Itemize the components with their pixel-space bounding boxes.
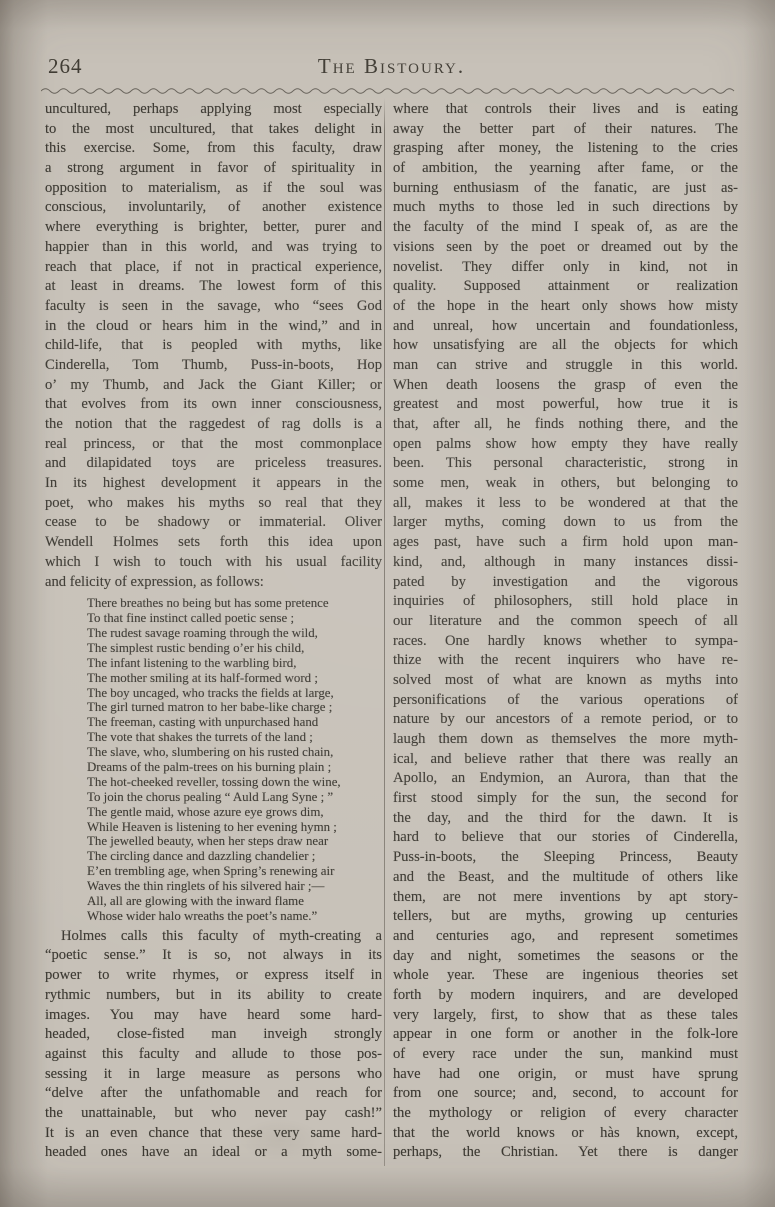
text-line: that, after all, he finds nothing there,… [393,415,738,435]
poem-line: To that fine instinct called poetic sens… [87,611,382,626]
text-line: this exercise. Some, from this faculty, … [45,139,382,159]
poem-line: Dreams of the palm-trees on his burning … [87,760,382,775]
text-line: the faculty of the mind I speak of, as a… [393,218,738,238]
poem-line: The jewelled beauty, when her steps draw… [87,834,382,849]
text-line: at least in dreams. The lowest form of t… [45,277,382,297]
text-line: uncultured, perhaps applying most especi… [45,100,382,120]
text-line: and dilapidated toys are priceless treas… [45,454,382,474]
text-line: to the most uncultured, that takes delig… [45,120,382,140]
text-line: opposition to materialism, as if the sou… [45,179,382,199]
text-line: Wendell Holmes sets forth this idea upon [45,533,382,553]
text-line: against this faculty and allude to those… [45,1045,382,1065]
text-line: rythmic numbers, but in its ability to c… [45,986,382,1006]
text-line: tellers, but are myths, growing up centu… [393,907,738,927]
text-line: headed ones have an ideal or a myth some… [45,1143,382,1163]
holmes-poem-quote: There breathes no being but has some pre… [87,596,382,924]
text-line: pated by investigation and the vigorous [393,573,738,593]
poem-line: The girl turned matron to her babe-like … [87,700,382,715]
text-line: happier than in this world, and was tryi… [45,238,382,258]
text-line: reach that place, if not in practical ex… [45,258,382,278]
poem-line: To join the chorus pealing “ Auld Lang S… [87,790,382,805]
text-line: “delve after the unfathomable and reach … [45,1084,382,1104]
text-line: some men, weak in others, but belonging … [393,474,738,494]
text-line: kind, and, although in many instances di… [393,553,738,573]
page-title: The Bistoury. [43,54,740,79]
text-line: very largely, first, to show that as the… [393,1006,738,1026]
page-header: 264 The Bistoury. [43,50,740,86]
poem-line: The infant listening to the warbling bir… [87,656,382,671]
text-line: power to write rhymes, or express itself… [45,966,382,986]
poem-line: The circling dance and dazzling chandeli… [87,849,382,864]
text-line: Apollo, an Endymion, an Aurora, than tha… [393,769,738,789]
text-line: and centuries ago, and represent sometim… [393,927,738,947]
text-line: inquiries of philosophers, still hold pl… [393,592,738,612]
text-line: all, makes it less to be wondered at tha… [393,494,738,514]
text-line: conscious, involuntarily, of another exi… [45,198,382,218]
text-line: from one source; and, second, to account… [393,1084,738,1104]
poem-line: All, all are glowing with the inward fla… [87,894,382,909]
text-line: our literature and the common speech of … [393,612,738,632]
text-line: of the hope in the heart only shows how … [393,297,738,317]
text-line: images. You may have heard some hard- [45,1006,382,1026]
right-column: where that controls their lives and is e… [393,100,738,1163]
text-line: When death loosens the grasp of even the [393,376,738,396]
text-line: personifications of the various operatio… [393,691,738,711]
text-line: burning enthusiasm of the fanatic, are j… [393,179,738,199]
poem-line: The mother smiling at its half-formed wo… [87,671,382,686]
text-line: grasping after money, the listening to t… [393,139,738,159]
text-line: the mythology or religion of every chara… [393,1104,738,1124]
poem-line: The gentle maid, whose azure eye grows d… [87,805,382,820]
text-line: of ambition, the yearning after fame, or… [393,159,738,179]
left-paragraph-2: Holmes calls this faculty of myth-creati… [45,927,382,1163]
text-line: It is an even chance that these very sam… [45,1124,382,1144]
text-line: poet, who makes his myths so real that t… [45,494,382,514]
text-line: laugh them down as themselves the more m… [393,730,738,750]
text-line: which I wish to touch with his usual fac… [45,553,382,573]
text-line: man can strive and struggle in this worl… [393,356,738,376]
text-line: forth by modern inquirers, and are devel… [393,986,738,1006]
text-line: away the better part of their natures. T… [393,120,738,140]
wavy-divider [41,85,740,97]
text-line: ical, and believe rather that there was … [393,750,738,770]
poem-line: While Heaven is listening to her evening… [87,820,382,835]
text-line: first stood simply for the sun, the seco… [393,789,738,809]
text-line: headed, close-fisted man inveigh strongl… [45,1025,382,1045]
text-line: them, are not mere inventions by apt sto… [393,888,738,908]
text-line: visions seen by the poet or dreamed out … [393,238,738,258]
text-line: that evolves from its own inner consciou… [45,395,382,415]
text-line: nature by our ancestors of a remote peri… [393,710,738,730]
text-line: child-life, that is peopled with myths, … [45,336,382,356]
text-line: Cinderella, Tom Thumb, Puss-in-boots, Ho… [45,356,382,376]
text-line: been. This personal characteristic, stro… [393,454,738,474]
text-line: the notion that the raggedest of rag dol… [45,415,382,435]
text-line: Holmes calls this faculty of myth-creati… [45,927,382,947]
text-line: and felicity of expression, as follows: [45,573,382,593]
text-line: quality. Supposed attainment or realizat… [393,277,738,297]
text-line: in the cloud or hears him in the wind,” … [45,317,382,337]
text-line: of every race under the sun, mankind mus… [393,1045,738,1065]
poem-line: The boy uncaged, who tracks the fields a… [87,686,382,701]
text-line: the unattainable, but who never pay cash… [45,1104,382,1124]
text-line: and unreal, how uncertain and foundation… [393,317,738,337]
text-line: cease to be shadowy or immaterial. Olive… [45,513,382,533]
left-paragraph-1: uncultured, perhaps applying most especi… [45,100,382,592]
text-line: In its highest development it appears in… [45,474,382,494]
poem-line: There breathes no being but has some pre… [87,596,382,611]
text-line: larger myths, coming down to us from the [393,513,738,533]
text-line: have had one origin, or must have sprung [393,1065,738,1085]
poem-line: The rudest savage roaming through the wi… [87,626,382,641]
text-line: perhaps, the Christian. Yet there is dan… [393,1143,738,1163]
text-line: hard to believe that our stories of Cind… [393,828,738,848]
text-line: sessing it in large measure as persons w… [45,1065,382,1085]
text-line: real princess, or that the most commonpl… [45,435,382,455]
poem-line: The slave, who, slumbering on his rusted… [87,745,382,760]
text-line: whole year. These are ingenious theories… [393,966,738,986]
text-line: a strong argument in favor of spirituali… [45,159,382,179]
right-paragraph: where that controls their lives and is e… [393,100,738,1163]
text-line: open palms show how empty they have real… [393,435,738,455]
text-line: day and night, sometimes the seasons or … [393,947,738,967]
text-line: ages past, have such a firm hold upon ma… [393,533,738,553]
text-line: o’ my Thumb, and Jack the Giant Killer; … [45,376,382,396]
text-line: solved most of what are known as myths i… [393,671,738,691]
poem-line: The hot-cheeked reveller, tossing down t… [87,775,382,790]
poem-line: E’en trembling age, when Spring’s renewi… [87,864,382,879]
column-divider-rule [384,98,385,1166]
poem-line: The vote that shakes the turrets of the … [87,730,382,745]
text-line: Puss-in-boots, the Sleeping Princess, Be… [393,848,738,868]
text-line: how unsatisfying are all the objects for… [393,336,738,356]
text-line: that the world knows or hàs known, excep… [393,1124,738,1144]
text-line: thize with the recent inquirers who have… [393,651,738,671]
text-line: novelist. They differ only in kind, not … [393,258,738,278]
left-column: uncultured, perhaps applying most especi… [45,100,382,1163]
text-line: where everything is brighter, better, pu… [45,218,382,238]
book-page: 264 The Bistoury. uncultured, perhaps ap… [0,0,775,1207]
text-line: greatest and most powerful, how true it … [393,395,738,415]
text-line: appear in one form or another in the fol… [393,1025,738,1045]
poem-line: Whose wider halo wreaths the poet’s name… [87,909,382,924]
text-line: races. One hardly knows whether to sympa… [393,632,738,652]
text-line: “poetic sense.” It is so, not always in … [45,946,382,966]
text-line: the day, and the third for the dawn. It … [393,809,738,829]
text-line: and the Beast, and the multitude of othe… [393,868,738,888]
poem-line: The simplest rustic bending o’er his chi… [87,641,382,656]
text-line: much myths to those led in such directio… [393,198,738,218]
text-line: faculty is seen in the savage, who “sees… [45,297,382,317]
poem-line: The freeman, casting with unpurchased ha… [87,715,382,730]
text-line: where that controls their lives and is e… [393,100,738,120]
poem-line: Waves the thin ringlets of his silvered … [87,879,382,894]
